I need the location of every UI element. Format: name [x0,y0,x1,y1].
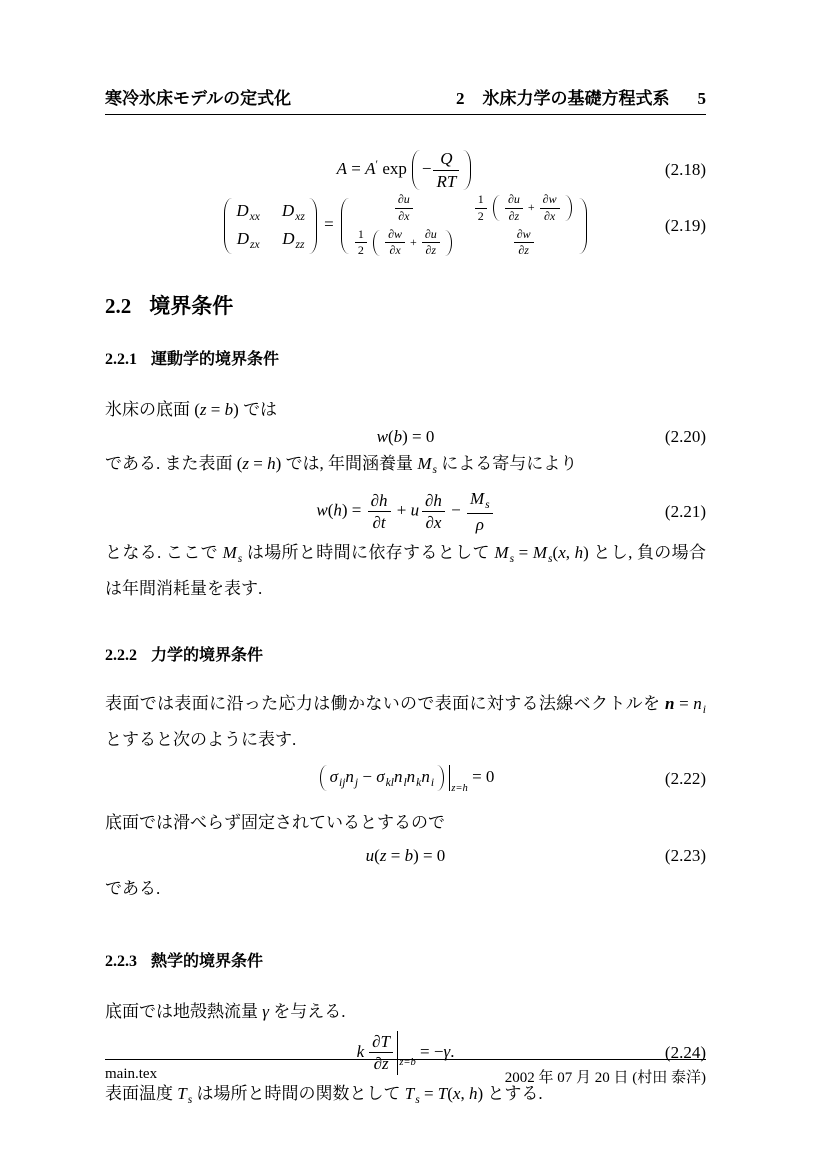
subsection-heading-2-2-2: 2.2.2 力学的境界条件 [105,642,706,665]
right-paren [309,198,317,254]
section-heading-2-2: 2.2 境界条件 [105,290,706,320]
header-rule [105,114,706,115]
equation-2-21: w(h) = ∂h∂t + u∂h∂x − Msρ (2.21) [105,489,706,534]
matrix-cell: Dzx [237,229,260,251]
equation-2-20-number: (2.20) [665,427,706,447]
equation-2-18: A = A′ exp−QRT (2.18) [105,149,706,191]
left-paren [224,198,232,254]
left-paren [341,198,349,254]
equation-2-18-body: A = A′ exp−QRT [337,149,475,191]
subsection-number: 2.2.3 [105,953,137,971]
equation-2-19-number: (2.19) [665,216,706,236]
paragraph-ice-bottom: 氷床の底面 (z = b) では [105,395,706,425]
matrix-cell: Dxz [282,201,305,223]
equation-2-20: w(b) = 0 (2.20) [105,427,706,447]
equation-2-21-number: (2.21) [665,502,706,522]
equation-2-21-body: w(h) = ∂h∂t + u∂h∂x − Msρ [316,489,494,534]
matrix-lhs: DxxDxzDzxDzz [236,201,304,251]
paragraph-dearu: である. [105,874,706,904]
paragraph-accumulation: となる. ここで Ms は場所と時間に依存するとして Ms = Ms(x, h)… [105,538,706,604]
equation-2-19-body: DxxDxzDzxDzz = ∂u∂x12∂u∂z + ∂w∂x12∂w∂x +… [221,193,589,258]
running-section-number: 2 [456,89,465,109]
running-head: 寒冷氷床モデルの定式化 2 氷床力学の基礎方程式系 5 [105,84,706,109]
running-section-title: 氷床力学の基礎方程式系 [483,84,670,109]
matrix-cell: 12∂w∂x + ∂u∂z [353,228,455,259]
footer-filename: main.tex [105,1066,157,1087]
equation-2-22-body: σijnj − σklnlnkniz=h = 0 [317,765,495,793]
matrix-cell: Dzz [282,229,304,251]
matrix-cell: ∂w∂z [512,228,536,259]
section-number: 2.2 [105,294,131,319]
equation-2-22: σijnj − σklnlnkniz=h = 0 (2.22) [105,765,706,793]
footer-date: 2002 年 07 月 20 日 (村田 泰洋) [505,1066,706,1087]
matrix-cell: 12∂u∂z + ∂w∂x [473,193,575,224]
paragraph-normal-vector: 表面では表面に沿った応力は働かないので表面に対する法線ベクトルを n = ni … [105,689,706,755]
running-title: 寒冷氷床モデルの定式化 [105,84,456,109]
subsection-title: 熱学的境界条件 [151,948,263,971]
subsection-heading-2-2-3: 2.2.3 熱学的境界条件 [105,948,706,971]
paragraph-surface: である. また表面 (z = h) では, 年間涵養量 Ms による寄与により [105,449,706,485]
subsection-heading-2-2-1: 2.2.1 運動学的境界条件 [105,346,706,369]
equation-2-22-number: (2.22) [665,769,706,789]
right-paren [579,198,587,254]
running-section: 2 氷床力学の基礎方程式系 5 [456,84,706,109]
matrix-rhs: ∂u∂x12∂u∂z + ∂w∂x12∂w∂x + ∂u∂z∂w∂z [353,193,575,258]
section-title: 境界条件 [149,290,233,320]
equation-2-20-body: w(b) = 0 [377,427,435,447]
subsection-number: 2.2.2 [105,647,137,665]
page-number: 5 [698,89,707,109]
page-content: 寒冷氷床モデルの定式化 2 氷床力学の基礎方程式系 5 A = A′ exp−Q… [105,0,706,1115]
paragraph-no-slip: 底面では滑べらず固定されているとするので [105,808,706,838]
subsection-title: 力学的境界条件 [151,642,263,665]
equation-2-19: DxxDxzDzxDzz = ∂u∂x12∂u∂z + ∂w∂x12∂w∂x +… [105,193,706,258]
equation-2-18-number: (2.18) [665,160,706,180]
document-page: 寒冷氷床モデルの定式化 2 氷床力学の基礎方程式系 5 A = A′ exp−Q… [0,0,826,1169]
paragraph-geothermal: 底面では地殻熱流量 γ を与える. [105,997,706,1027]
subsection-title: 運動学的境界条件 [151,346,279,369]
equals-sign: = [320,215,338,234]
equation-2-23-number: (2.23) [665,846,706,866]
equation-2-23-body: u(z = b) = 0 [366,846,446,866]
matrix-cell: ∂u∂x [393,193,415,224]
subsection-number: 2.2.1 [105,351,137,369]
equation-2-23: u(z = b) = 0 (2.23) [105,846,706,866]
page-footer: main.tex 2002 年 07 月 20 日 (村田 泰洋) [105,1059,706,1087]
matrix-cell: Dxx [236,201,260,223]
